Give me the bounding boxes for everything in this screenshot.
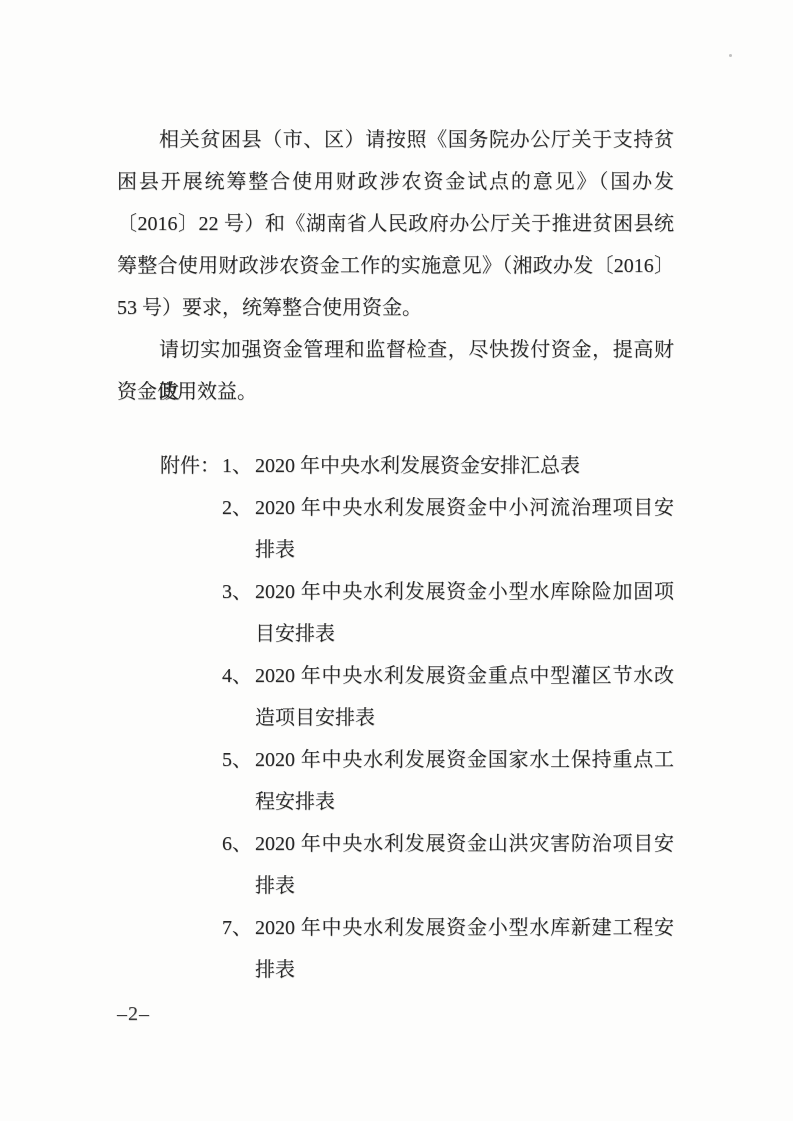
attachment-label: 附件： — [160, 445, 222, 487]
item-number: 7、 — [222, 907, 255, 949]
item-line: 排表 — [255, 865, 674, 907]
item-text: 2020 年中央水利发展资金中小河流治理项目安 排表 — [255, 487, 674, 571]
item-line: 造项目安排表 — [255, 697, 674, 739]
item-text: 2020 年中央水利发展资金重点中型灌区节水改 造项目安排表 — [255, 655, 674, 739]
attachment-item-3: 3、 2020 年中央水利发展资金小型水库除险加固项 目安排表 — [222, 571, 674, 655]
paragraph-line: 相关贫困县（市、区）请按照《国务院办公厅关于支持贫 — [117, 119, 674, 161]
paragraph-2: 请切实加强资金管理和监督检查，尽快拨付资金，提高财政 资金使用效益。 — [117, 329, 674, 413]
item-line: 2020 年中央水利发展资金小型水库新建工程安 — [255, 907, 674, 949]
attachment-item-4: 4、 2020 年中央水利发展资金重点中型灌区节水改 造项目安排表 — [222, 655, 674, 739]
attachment-list: 附件： 1、 2020 年中央水利发展资金安排汇总表 2、 2020 年中央水利… — [160, 445, 674, 991]
page-number: –2– — [117, 1002, 150, 1026]
attachment-item-7: 7、 2020 年中央水利发展资金小型水库新建工程安 排表 — [222, 907, 674, 991]
document-body: 相关贫困县（市、区）请按照《国务院办公厅关于支持贫 困县开展统筹整合使用财政涉农… — [117, 119, 674, 991]
item-line: 2020 年中央水利发展资金中小河流治理项目安 — [255, 487, 674, 529]
scan-artifact-speck — [729, 54, 732, 57]
attachment-item-2: 2、 2020 年中央水利发展资金中小河流治理项目安 排表 — [222, 487, 674, 571]
item-line: 目安排表 — [255, 613, 674, 655]
item-line: 2020 年中央水利发展资金安排汇总表 — [255, 445, 674, 487]
item-line: 排表 — [255, 949, 674, 991]
item-text: 2020 年中央水利发展资金国家水土保持重点工 程安排表 — [255, 739, 674, 823]
attachment-item-6: 6、 2020 年中央水利发展资金山洪灾害防治项目安 排表 — [222, 823, 674, 907]
item-number: 3、 — [222, 571, 255, 613]
item-number: 1、 — [222, 445, 255, 487]
item-line: 2020 年中央水利发展资金山洪灾害防治项目安 — [255, 823, 674, 865]
attachment-item-5: 5、 2020 年中央水利发展资金国家水土保持重点工 程安排表 — [222, 739, 674, 823]
item-number: 5、 — [222, 739, 255, 781]
item-line: 2020 年中央水利发展资金国家水土保持重点工 — [255, 739, 674, 781]
item-line: 2020 年中央水利发展资金小型水库除险加固项 — [255, 571, 674, 613]
paragraph-line: 请切实加强资金管理和监督检查，尽快拨付资金，提高财政 — [117, 329, 674, 371]
paragraph-line: 筹整合使用财政涉农资金工作的实施意见》（湘政办发〔2016〕 — [117, 245, 674, 287]
paragraph-line: 资金使用效益。 — [117, 371, 674, 413]
paragraph-line: 〔2016〕22 号）和《湖南省人民政府办公厅关于推进贫困县统 — [117, 203, 674, 245]
item-line: 排表 — [255, 529, 674, 571]
item-text: 2020 年中央水利发展资金小型水库除险加固项 目安排表 — [255, 571, 674, 655]
paragraph-line: 53 号）要求，统筹整合使用资金。 — [117, 287, 674, 329]
item-line: 程安排表 — [255, 781, 674, 823]
item-text: 2020 年中央水利发展资金山洪灾害防治项目安 排表 — [255, 823, 674, 907]
item-text: 2020 年中央水利发展资金安排汇总表 — [255, 445, 674, 487]
item-number: 6、 — [222, 823, 255, 865]
item-number: 4、 — [222, 655, 255, 697]
item-line: 2020 年中央水利发展资金重点中型灌区节水改 — [255, 655, 674, 697]
paragraph-1: 相关贫困县（市、区）请按照《国务院办公厅关于支持贫 困县开展统筹整合使用财政涉农… — [117, 119, 674, 329]
item-text: 2020 年中央水利发展资金小型水库新建工程安 排表 — [255, 907, 674, 991]
item-number: 2、 — [222, 487, 255, 529]
paragraph-line: 困县开展统筹整合使用财政涉农资金试点的意见》（国办发 — [117, 161, 674, 203]
attachment-item-1: 附件： 1、 2020 年中央水利发展资金安排汇总表 — [160, 445, 674, 487]
document-page: 相关贫困县（市、区）请按照《国务院办公厅关于支持贫 困县开展统筹整合使用财政涉农… — [0, 0, 793, 1121]
